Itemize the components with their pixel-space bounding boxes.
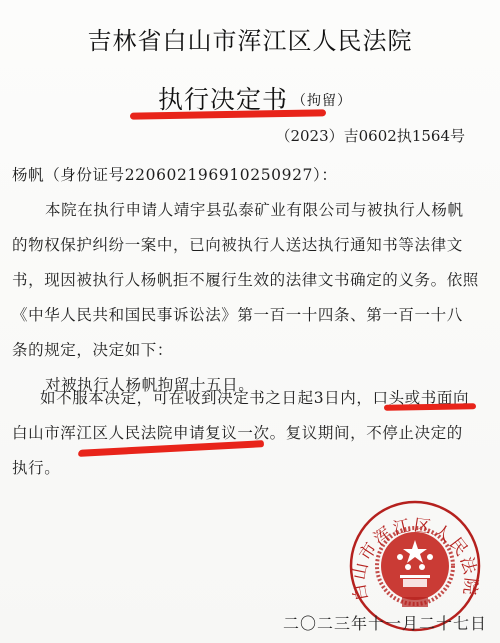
document-date: 二〇二三年十一月二十七日: [283, 611, 487, 634]
addressee: 杨帆（身份证号220602196910250927）：: [12, 163, 337, 185]
title-sub: （拘留）: [292, 93, 352, 109]
body-line: 的物权保护纠纷一案中，已向被执行人送达执行通知书等法律文: [12, 233, 463, 255]
document-page: 吉林省白山市浑江区人民法院 执行决定书（拘留） （2023）吉0602执1564…: [0, 0, 500, 643]
red-underline-oral-written: [384, 403, 476, 411]
body-line: 条的规定，决定如下：: [12, 338, 173, 360]
appeal-line: 白山市浑江区人民法院申请复议一次。复议期间，不停止决定的: [12, 421, 463, 443]
body-line: 《中华人民共和国民事诉讼法》第一百一十四条、第一百一十八: [12, 303, 463, 325]
case-number: （2023）吉0602执1564号: [275, 125, 465, 146]
body-line: 书，现因被执行人杨帆拒不履行生效的法律文书确定的义务。依照: [12, 268, 479, 290]
body-line: 本院在执行申请人靖宇县弘泰矿业有限公司与被执行人杨帆: [45, 198, 464, 220]
court-name: 吉林省白山市浑江区人民法院: [0, 21, 500, 56]
appeal-line: 执行。: [12, 456, 60, 478]
